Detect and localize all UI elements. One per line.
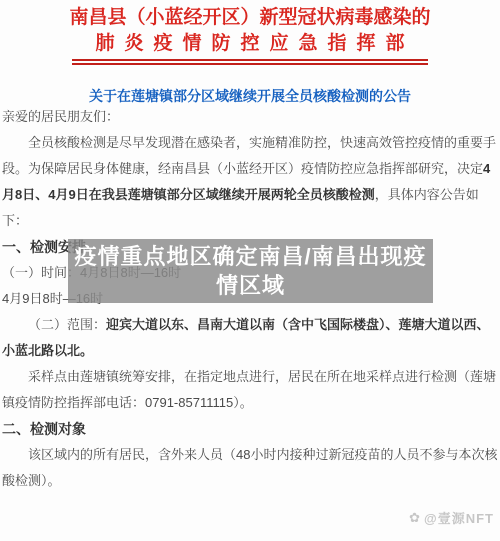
test-scope: （二）范围：迎宾大道以东、昌南大道以南（含中飞国际楼盘）、莲塘大道以西、小蓝北路… xyxy=(2,312,498,364)
watermark: ✿ @壹源NFT xyxy=(409,508,494,527)
target-paragraph: 该区域内的所有居民，含外来人员（48小时内接种过新冠疫苗的人员不参与本次核酸检测… xyxy=(2,442,498,494)
letterhead-line1: 南昌县（小蓝经开区）新型冠状病毒感染的 xyxy=(0,5,500,31)
section2-heading: 二、检测对象 xyxy=(2,416,498,442)
watermark-label: @壹源NFT xyxy=(424,508,494,527)
letterhead-line2: 肺炎疫情防控应急指挥部 xyxy=(0,31,500,57)
notice-title: 关于在莲塘镇部分区域继续开展全员核酸检测的公告 xyxy=(0,88,500,104)
letterhead: 南昌县（小蓝经开区）新型冠状病毒感染的 肺炎疫情防控应急指挥部 xyxy=(0,0,500,57)
caption-overlay: 疫情重点地区确定南昌/南昌出现疫情区域 xyxy=(68,239,433,303)
intro-text: 全员核酸检测是尽早发现潜在感染者，实施精准防控，快速高效管控疫情的重要手段。为保… xyxy=(2,135,496,176)
caption-overlay-text: 疫情重点地区确定南昌/南昌出现疫情区域 xyxy=(74,244,426,298)
notice-page: 南昌县（小蓝经开区）新型冠状病毒感染的 肺炎疫情防控应急指挥部 关于在莲塘镇部分… xyxy=(0,0,500,541)
letterhead-divider xyxy=(72,59,428,65)
scope-prefix: （二）范围： xyxy=(28,317,106,332)
intro-paragraph: 全员核酸检测是尽早发现潜在感染者，实施精准防控，快速高效管控疫情的重要手段。为保… xyxy=(2,130,498,234)
flower-icon: ✿ xyxy=(409,510,421,526)
sampling-paragraph: 采样点由莲塘镇统筹安排，在指定地点进行，居民在所在地采样点进行检测（莲塘镇疫情防… xyxy=(2,364,498,416)
salutation: 亲爱的居民朋友们： xyxy=(2,104,498,130)
